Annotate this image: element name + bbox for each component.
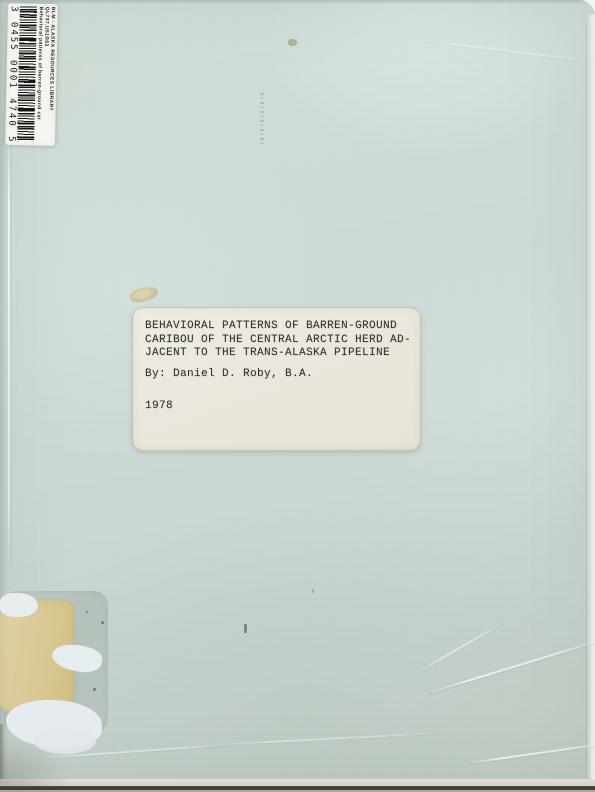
byline: By: Daniel D. Roby, B.A. [145,368,411,382]
cover-right-seam [586,20,587,779]
corner-wear [0,724,5,779]
title-line-3: JACENT TO THE TRANS-ALASKA PIPELINE [145,347,411,361]
year: 1978 [145,400,411,414]
stain-speck [312,589,314,593]
library-barcode-label: BLM - ALASKA RESOURCES LIBRARY QL737.U51… [5,3,58,146]
title-line-2: CARIBOU OF THE CENTRAL ARCTIC HERD AD- [145,334,411,348]
ink-speck [101,621,104,624]
title-line-1: BEHAVIORAL PATTERNS OF BARREN-GROUND [145,320,411,334]
faint-offset-print [260,93,264,145]
stain-speck [288,39,297,46]
barcode-icon [17,6,37,141]
stain-speck [244,624,247,633]
ink-speck [93,688,96,691]
scanned-page: BLM - ALASKA RESOURCES LIBRARY QL737.U51… [0,0,595,792]
crease-mark [8,135,10,565]
title-label: BEHAVIORAL PATTERNS OF BARREN-GROUND CAR… [132,307,421,451]
ink-speck [86,611,88,613]
torn-paper-patch [0,593,38,617]
corner-wear [0,733,80,779]
book-cover: BLM - ALASKA RESOURCES LIBRARY QL737.U51… [0,0,595,779]
cover-right-edge [586,14,595,779]
cover-top-edge [0,0,595,4]
barcode-label-card: BLM - ALASKA RESOURCES LIBRARY QL737.U51… [5,3,58,146]
